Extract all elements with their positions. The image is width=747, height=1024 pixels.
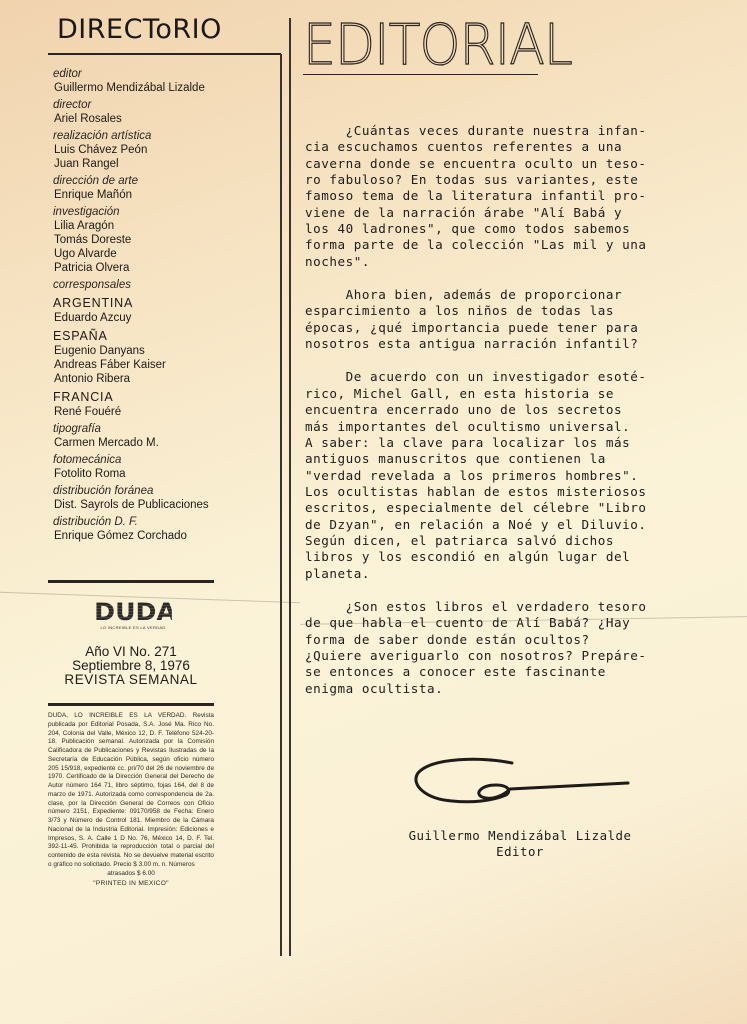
staff-name: Eugenio Danyans xyxy=(53,344,278,358)
staff-role: director xyxy=(53,99,278,112)
staff-name: Enrique Mañón xyxy=(53,188,278,202)
editorial-body: ¿Cuántas veces durante nuestra infan- ci… xyxy=(305,123,725,714)
staff-name: Luis Chávez Peón xyxy=(53,143,278,157)
staff-name: Antonio Ribera xyxy=(53,372,278,386)
issue-frequency: REVISTA SEMANAL xyxy=(48,673,214,687)
staff-group: directorAriel Rosales xyxy=(53,99,278,126)
staff-role: editor xyxy=(53,68,278,81)
staff-group: editorGuillermo Mendizábal Lizalde xyxy=(53,68,278,95)
staff-role: realización artística xyxy=(53,130,278,143)
staff-name: Juan Rangel xyxy=(53,157,278,171)
signature-caption: Guillermo Mendizábal Lizalde Editor xyxy=(360,828,680,860)
staff-role: dirección de arte xyxy=(53,175,278,188)
staff-name: Carmen Mercado M. xyxy=(53,436,278,450)
staff-role: investigación xyxy=(53,206,278,219)
staff-name: Patricia Olvera xyxy=(53,261,278,275)
staff-name: Guillermo Mendizábal Lizalde xyxy=(53,81,278,95)
correspondent-country: FRANCIA xyxy=(53,390,278,405)
staff-group: dirección de arteEnrique Mañón xyxy=(53,175,278,202)
staff-group: distribución foráneaDist. Sayrols de Pub… xyxy=(53,485,278,512)
directory-title: DIRECToRIO xyxy=(57,14,222,45)
issue-date: Septiembre 8, 1976 xyxy=(48,659,214,673)
staff-name: Ariel Rosales xyxy=(53,112,278,126)
staff-name: Tomás Doreste xyxy=(53,233,278,247)
staff-name: Lilia Aragón xyxy=(53,219,278,233)
staff-list: editorGuillermo Mendizábal Lizaldedirect… xyxy=(53,68,278,547)
directory-rule xyxy=(48,53,281,55)
section-rule xyxy=(48,580,214,583)
correspondents-group: corresponsalesARGENTINAEduardo AzcuyESPA… xyxy=(53,279,278,419)
editorial-paragraph: ¿Son estos libros el verdadero tesoro de… xyxy=(305,599,725,697)
editorial-paragraph: Ahora bien, además de proporcionar espar… xyxy=(305,287,725,352)
staff-name: Andreas Fáber Kaiser xyxy=(53,358,278,372)
staff-group: realización artísticaLuis Chávez PeónJua… xyxy=(53,130,278,171)
legal-notice: DUDA, LO INCREIBLE ES LA VERDAD. Revista… xyxy=(48,712,214,889)
column-divider-inner xyxy=(280,54,282,956)
editorial-title-rule xyxy=(303,74,538,75)
staff-role: distribución foránea xyxy=(53,485,278,498)
staff-name: Ugo Alvarde xyxy=(53,247,278,261)
signer-name: Guillermo Mendizábal Lizalde xyxy=(360,828,680,844)
duda-logo: DUDA LO INCREIBLE ES LA VERDAD xyxy=(96,600,170,630)
issue-number: Año VI No. 271 xyxy=(48,645,214,659)
correspondent-country: ARGENTINA xyxy=(53,296,278,311)
legal-text: DUDA, LO INCREIBLE ES LA VERDAD. Revista… xyxy=(48,712,214,870)
staff-name: Dist. Sayrols de Publicaciones xyxy=(53,498,278,512)
signature-icon xyxy=(412,755,632,810)
signer-title: Editor xyxy=(360,844,680,860)
staff-role: fotomecánica xyxy=(53,454,278,467)
logo-wordmark: DUDA xyxy=(94,600,172,624)
correspondent-country: ESPAÑA xyxy=(53,329,278,344)
staff-role: corresponsales xyxy=(53,279,278,292)
staff-name: Fotolito Roma xyxy=(53,467,278,481)
staff-group: investigaciónLilia AragónTomás DoresteUg… xyxy=(53,206,278,275)
issue-info: Año VI No. 271 Septiembre 8, 1976 REVIST… xyxy=(48,645,214,687)
editorial-paragraph: De acuerdo con un investigador esoté- ri… xyxy=(305,369,725,581)
editorial-paragraph: ¿Cuántas veces durante nuestra infan- ci… xyxy=(305,123,725,270)
staff-group: tipografíaCarmen Mercado M. xyxy=(53,423,278,450)
staff-role: distribución D. F. xyxy=(53,516,278,529)
staff-group: fotomecánicaFotolito Roma xyxy=(53,454,278,481)
staff-group: distribución D. F.Enrique Gómez Corchado xyxy=(53,516,278,543)
staff-name: Eduardo Azcuy xyxy=(53,311,278,325)
staff-name: René Fouéré xyxy=(53,405,278,419)
back-issues-price: atrasados $ 6.00 xyxy=(48,870,214,879)
staff-role: tipografía xyxy=(53,423,278,436)
column-divider-outer xyxy=(289,18,291,956)
section-rule xyxy=(48,703,214,706)
staff-name: Enrique Gómez Corchado xyxy=(53,529,278,543)
editorial-title: EDITORIAL xyxy=(303,14,572,78)
printed-in-mexico: "PRINTED IN MEXICO" xyxy=(48,880,214,889)
magazine-page: DIRECToRIO editorGuillermo Mendizábal Li… xyxy=(0,0,747,1024)
